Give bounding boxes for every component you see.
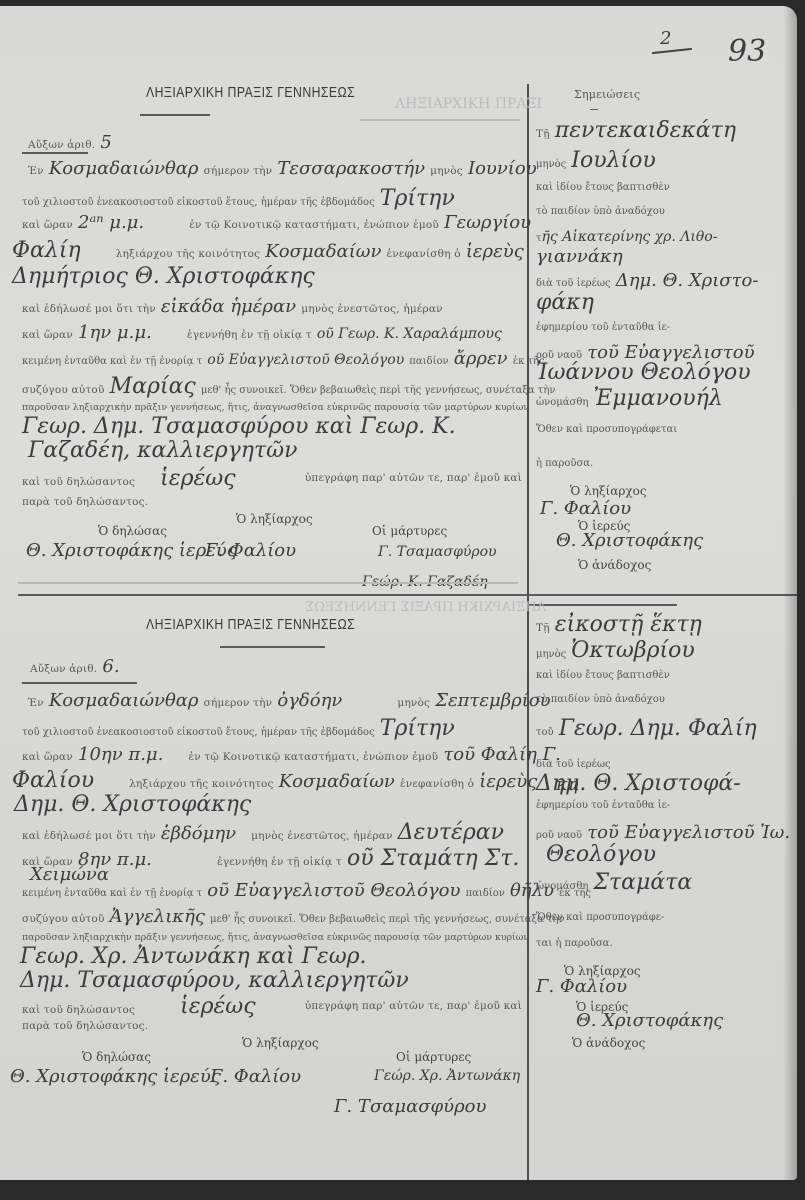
notes-line-priest: διὰ τοῦ ἱερέως Δημ. Θ. Χριστο-	[536, 270, 758, 291]
priest-value: Δημ. Θ. Χριστο-	[616, 270, 759, 291]
notes-line-parish: ἐφημερίου τοῦ ἐνταῦθα ἱε-	[536, 322, 670, 333]
house-value: οῦ Σταμάτη Στ.	[347, 846, 519, 871]
notes-line-year: καὶ ἰδίου ἔτους βαπτισθὲν	[536, 670, 670, 681]
mother-value: Ἀγγελικῆς	[110, 906, 205, 927]
serial-number: Αὔξων ἀριθ. 5	[28, 132, 112, 153]
notes-line-day: Τῇ πεντεκαιδεκάτη	[536, 118, 736, 143]
notes-registrar-signature: Γ. Φαλίου	[540, 498, 631, 519]
entry-title: ΛΗΞΙΑΡΧΙΚΗ ΠΡΑΞΙΣ ΓΕΝΝΗΣΕΩΣ	[146, 616, 355, 633]
baptism-day: εἰκοστῇ ἕκτῃ	[555, 612, 702, 637]
page-number-underline	[652, 48, 692, 54]
weekday-value: Τρίτην	[380, 716, 455, 741]
day-value: Τεσσαρακοστήν	[277, 158, 425, 179]
witness-signature-1: Γεώρ. Χρ. Ἀντωνάκη	[374, 1068, 520, 1084]
notes-line-godparent: τῆς Αἰκατερίνης χρ. Λιθο-	[536, 226, 717, 245]
notes-line-whereby: Ὅθεν καὶ προσυπογράφε-	[536, 912, 664, 923]
notes-priest-signature: Θ. Χριστοφάκης	[576, 1010, 723, 1031]
notes-registrar-signature: Γ. Φαλίου	[536, 976, 627, 997]
hour-value: 10ην π.μ.	[78, 744, 163, 765]
notes-line-named: ὠνομάσθη Ἐμμανουήλ	[536, 386, 723, 411]
registrar-value: Γεωργίου	[444, 212, 531, 233]
faint-separator	[18, 582, 518, 584]
serial-label: Αὔξων ἀριθ.	[30, 663, 97, 675]
line-registrar: Φαλίου ληξιάρχου τῆς κοινότητος Κοσμαδαί…	[12, 768, 537, 793]
line-mother: συζύγου αὐτοῦ Ἀγγελικῆς μεθ' ἧς συνοικεῖ…	[22, 906, 565, 927]
register-page: 2 93 ΛΗΞΙΑΡΧΙΚΗ ΠΡΑΞΙ ΛΗΞΙΑΡΧΙΚΗ ΠΡΑΞΙΣ …	[0, 6, 797, 1180]
title-underline	[220, 646, 325, 648]
line-hour: καὶ ὥραν 2ᵃⁿ μ.μ. ἐν τῷ Κοινοτικῷ καταστ…	[22, 212, 531, 233]
parish-value: οῦ Εὐαγγελιστοῦ Θεολόγου	[207, 880, 460, 901]
birth-day-value: εἰκάδα ἡμέραν	[161, 296, 296, 317]
notes-header-dash	[590, 109, 598, 110]
community-value: Κοσμαδαίων	[265, 241, 381, 262]
mother-value: Μαρίας	[110, 374, 196, 399]
priest-value-cont: κη	[556, 774, 579, 795]
notes-line-godparent: τοῦ Γεωρ. Δημ. Φαλίη	[536, 716, 757, 741]
line-signed: καὶ τοῦ δηλώσαντος ἱερέως ὑπεγράφη παρ' …	[22, 466, 522, 491]
notes-line-present: ἡ παροῦσα.	[536, 458, 593, 469]
title-underline	[140, 114, 210, 116]
registrar-label: Ὁ ληξίαρχος	[236, 512, 313, 526]
temple-value-cont: Θεολόγου	[546, 842, 656, 867]
entry-title: ΛΗΞΙΑΡΧΙΚΗ ΠΡΑΞΙΣ ΓΕΝΝΗΣΕΩΣ	[146, 84, 355, 101]
line-parish: κειμένη ἐνταῦθα καὶ ἐν τῇ ἐνορίᾳ τ οῦ Εὐ…	[22, 880, 591, 901]
notes-godparent-label: Ὁ ἀνάδοχος	[572, 1036, 645, 1050]
line-place: Ἐν Κοσμαδαιώνθαρ σήμερον τὴν ὀγδόην μηνὸ…	[28, 690, 551, 711]
line-mother: συζύγου αὐτοῦ Μαρίας μεθ' ἧς συνοικεῖ. Ὅ…	[22, 374, 555, 399]
notes-line-parish: ἐφημερίου τοῦ ἐνταῦθα ἱε-	[536, 800, 670, 811]
temple-value-cont: Ἰωάννου Θεολόγου	[536, 360, 751, 385]
registrar-label: Ὁ ληξίαρχος	[242, 1036, 319, 1050]
witnesses-line-1: Γεωρ. Δημ. Τσαμασφύρου καὶ Γεωρ. Κ.	[22, 414, 456, 439]
witness-signature-2: Γ. Τσαμασφύρου	[334, 1096, 486, 1117]
community-value: Κοσμαδαίων	[279, 771, 395, 792]
notes-line-month: μηνὸς Ὀκτωβρίου	[536, 638, 695, 663]
registrar-signature: Γ. Φαλίου	[210, 1066, 301, 1087]
baptism-month: Ὀκτωβρίου	[571, 638, 694, 663]
witnesses-label: Οἱ μάρτυρες	[372, 524, 447, 538]
line-present: παροῦσαν ληξιαρχικὴν πρᾶξιν γεννήσεως, ἥ…	[22, 932, 529, 943]
day-value: ὀγδόην	[277, 690, 342, 711]
house-value: οῦ Γεωρ. Κ. Χαραλάμπους	[317, 326, 502, 342]
notes-priest-signature: Θ. Χριστοφάκης	[556, 530, 703, 551]
declarant-name: Δημήτριος Θ. Χριστοφάκης	[12, 264, 315, 289]
hour-value: 2ᵃⁿ μ.μ.	[78, 212, 144, 233]
corner-mark: 93	[728, 34, 766, 69]
sex-value: ἄρρεν	[454, 348, 508, 369]
baptism-day: πεντεκαιδεκάτη	[555, 118, 736, 143]
registrar-signature: Γ. Φαλίου	[205, 540, 296, 561]
notes-line-present: ται ἡ παροῦσα.	[536, 938, 613, 949]
witnesses-label: Οἱ μάρτυρες	[396, 1050, 471, 1064]
notes-line-whereby: Ὅθεν καὶ προσυπογράφεται	[536, 424, 677, 435]
notes-line-year: καὶ ἰδίου ἔτους βαπτισθὲν	[536, 182, 670, 193]
witnesses-line-1: Γεωρ. Χρ. Ἀντωνάκη καὶ Γεωρ.	[20, 944, 367, 969]
temple-value: τοῦ Εὐαγγελιστοῦ Ἰω.	[587, 822, 790, 843]
godparent-value: ῆς Αἰκατερίνης χρ. Λιθο-	[542, 229, 718, 245]
notes-line-named: ὠνομάσθη Σταμάτα	[536, 870, 692, 895]
line-present: παροῦσαν ληξιαρχικὴν πρᾶξιν γεννήσεως, ἥ…	[22, 402, 529, 413]
declarant-role: ἱερέως	[180, 994, 255, 1019]
weekday-value: Τρίτην	[380, 186, 455, 211]
serial-label: Αὔξων ἀριθ.	[28, 139, 95, 151]
witnesses-line-2: Γαζαδέη, καλλιεργητῶν	[28, 438, 297, 463]
serial-value: 6.	[102, 656, 119, 677]
line-year: τοῦ χιλιοστοῦ ἐνεακοσιοστοῦ εἰκοστοῦ ἔτο…	[22, 716, 455, 741]
declarant-role: ἱερέως	[160, 466, 235, 491]
priest-value-cont: φάκη	[536, 290, 594, 315]
line-declared: καὶ ἐδήλωσέ μοι ὅτι τὴν εἰκάδα ἡμέραν μη…	[22, 296, 443, 317]
month-value: Ιουνίου	[468, 158, 537, 179]
child-name: Σταμάτα	[593, 870, 692, 895]
notes-line-temple: ροῦ ναοῦ τοῦ Εὐαγγελιστοῦ Ἰω.	[536, 822, 790, 843]
line-registrar: Φαλίη ληξιάρχου τῆς κοινότητος Κοσμαδαίω…	[12, 238, 524, 263]
notes-line-child: τὸ παιδίον ὑπὸ ἀναδόχου	[536, 206, 665, 217]
line-by-declarant: παρὰ τοῦ δηλώσαντος.	[22, 1020, 148, 1032]
entry-separator	[18, 594, 797, 596]
serial-number: Αὔξων ἀριθ. 6.	[30, 656, 120, 677]
bleed-line	[360, 119, 520, 121]
notes-line-month: μηνὸς Ιουλίου	[536, 148, 656, 173]
parish-value: οῦ Εὐαγγελιστοῦ Θεολόγου	[207, 352, 404, 368]
declarant-name: Δημ. Θ. Χριστοφάκης	[14, 792, 251, 817]
bleed-through: ΛΗΞΙΑΡΧΙΚΗ ΠΡΑΞΙ	[395, 96, 542, 112]
line-birth-hour: καὶ ὥραν 1ην μ.μ. ἐγεννήθη ἐν τῇ οἰκίᾳ τ…	[22, 322, 502, 343]
declarant-label: Ὁ δηλώσας	[82, 1050, 151, 1064]
serial-value: 5	[100, 132, 111, 153]
line-declared: καὶ ἐδήλωσέ μοι ὅτι τὴν ἑβδόμην μηνὸς ἐν…	[22, 820, 504, 845]
place-value: Κοσμαδαιώνθαρ	[49, 158, 199, 179]
line-parish: κειμένη ἐνταῦθα καὶ ἐν τῇ ἐνορίᾳ τ οῦ Εὐ…	[22, 348, 545, 369]
page-number: 2	[660, 28, 671, 49]
child-name: Ἐμμανουήλ	[593, 386, 722, 411]
serial-underline	[22, 152, 88, 154]
line-place: Ἐν Κοσμαδαιώνθαρ σήμερον τὴν Τεσσαρακοστ…	[28, 158, 537, 179]
notes-godparent-label: Ὁ ἀνάδοχος	[578, 558, 651, 572]
line-signed: καὶ τοῦ δηλώσαντος ἱερέως ὑπεγράφη παρ' …	[22, 994, 522, 1019]
notes-line-day: Τῇ εἰκοστῇ ἕκτῃ	[536, 612, 702, 637]
baptism-month: Ιουλίου	[571, 148, 656, 173]
godparent-value: Γεωρ. Δημ. Φαλίη	[559, 716, 757, 741]
line-hour: καὶ ὥραν 10ην π.μ. ἐν τῷ Κοινοτικῷ κατασ…	[22, 744, 561, 765]
line-year: τοῦ χιλιοστοῦ ἐνεακοσιοστοῦ εἰκοστοῦ ἔτο…	[22, 186, 455, 211]
notes-line-child: τὸ παιδίον ὑπὸ ἀναδόχου	[536, 694, 665, 705]
month-value: Σεπτεμβρίου	[435, 690, 550, 711]
witnesses-line-2: Δημ. Τσαμασφύρου, καλλιεργητῶν	[20, 968, 409, 993]
declarant-label: Ὁ δηλώσας	[98, 524, 167, 538]
column-divider	[527, 84, 529, 1180]
notes-header: Σημειώσεις	[574, 88, 640, 101]
place-value: Κοσμαδαιώνθαρ	[49, 690, 199, 711]
witness-signature-1: Γ. Τσαμασφύρου	[378, 544, 497, 560]
line-by-declarant: παρὰ τοῦ δηλώσαντος.	[22, 496, 148, 508]
declarant-signature: Θ. Χριστοφάκης ἱερεύς	[10, 1066, 221, 1087]
notes-top-rule	[527, 604, 677, 606]
serial-underline	[22, 682, 137, 684]
birth-weekday-value: Δευτέραν	[398, 820, 504, 845]
birth-hour-value: 1ην μ.μ.	[78, 322, 152, 343]
bleed-through-2: ΛΗΞΙΑΡΧΙΚΗ ΠΡΑΞΙΣ ΓΕΝΝΗΣΕΩΣ	[305, 600, 546, 615]
birth-day-value: ἑβδόμην	[161, 823, 236, 844]
notes-registrar-label: Ὁ ληξίαρχος	[570, 484, 647, 498]
godparent-value-cont: γιαννάκη	[536, 246, 623, 267]
